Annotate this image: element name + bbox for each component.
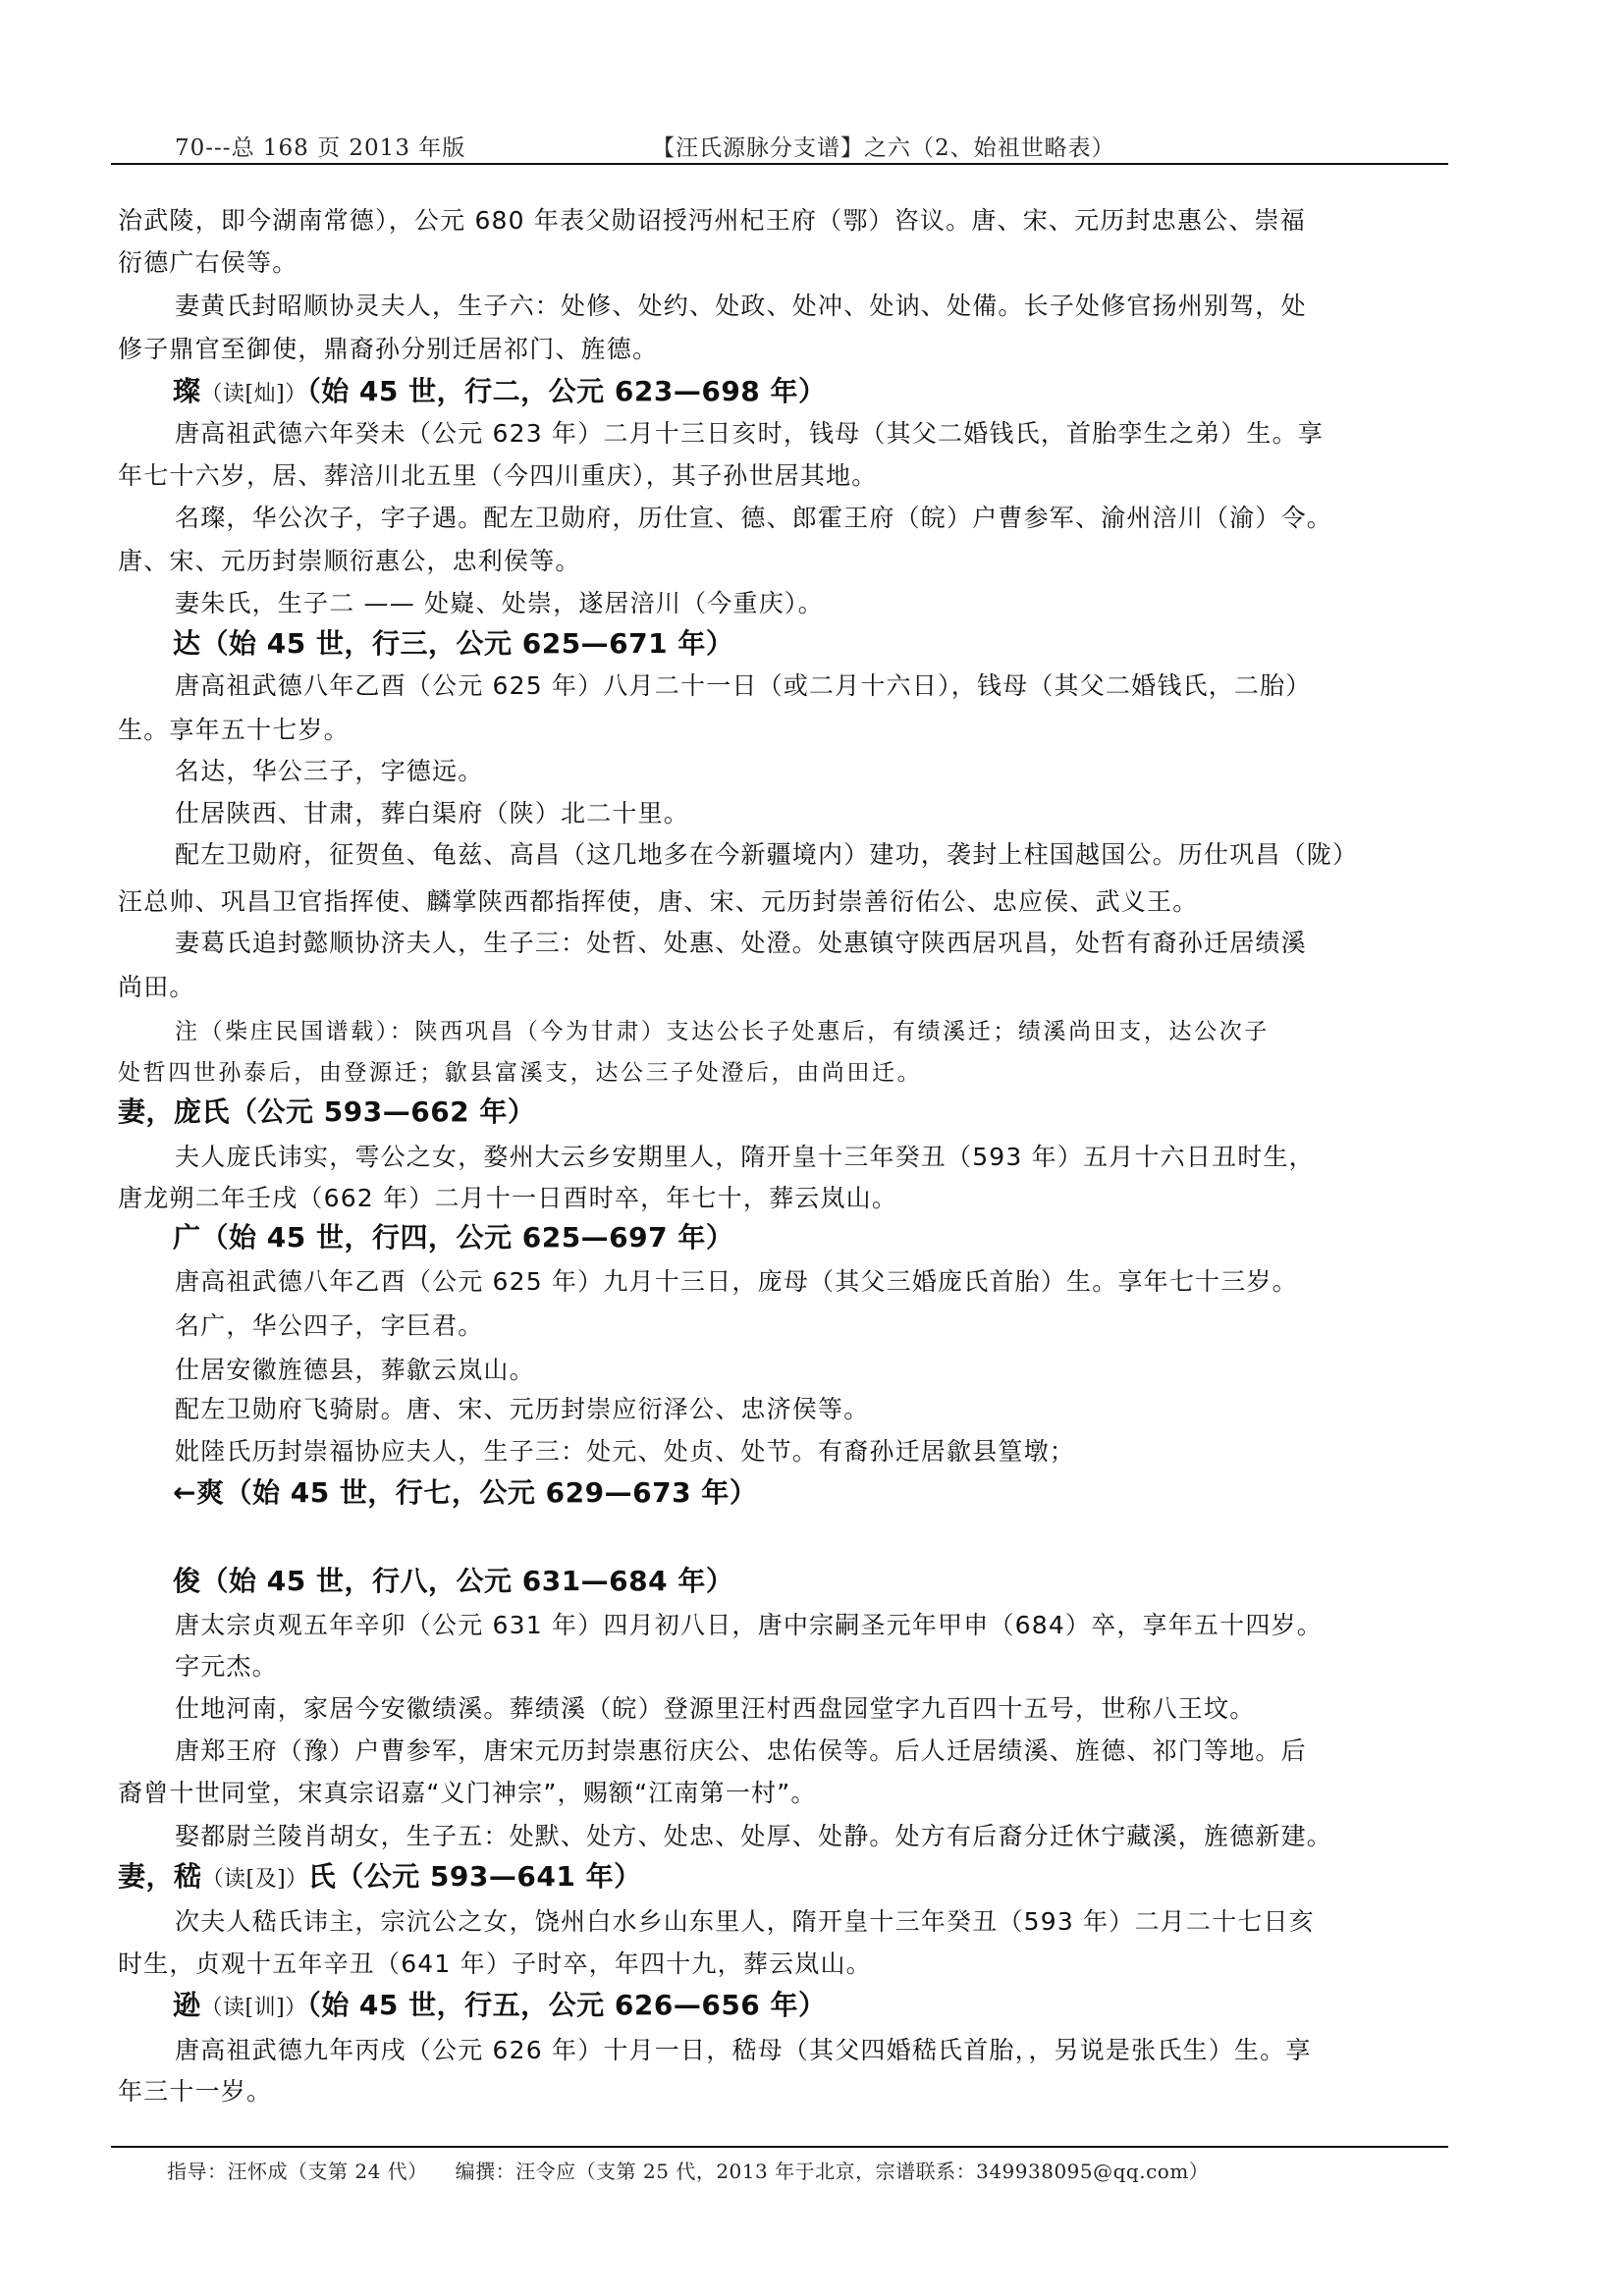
pronunciation-note: （读[训]） [201,1996,307,2020]
body-text-line: 唐高祖武德八年乙酉（公元 625 年）九月十三日，庞母（其父三婚庞氏首胎）生。享… [175,1267,1495,1297]
heading-dates: （始 45 世，行二，公元 623—698 年） [307,375,827,407]
heading-name: 璨 [173,375,201,407]
section-heading: 达（始 45 世，行三，公元 625—671 年） [173,629,1493,659]
body-text-line: 娶都尉兰陵肖胡女，生子五：处默、处方、处忠、处厚、处静。处方有后裔分迁休宁藏溪，… [175,1822,1495,1851]
body-text-line: 妻黄氏封昭顺协灵夫人，生子六：处修、处约、处政、处冲、处讷、处備。长子处修官扬州… [175,292,1495,321]
heading-name: 妻，庞氏 [118,1095,230,1128]
body-text-line: 衍德广右侯等。 [118,248,1438,278]
body-text-line: 唐太宗贞观五年辛卯（公元 631 年）四月初八日，唐中宗嗣圣元年甲申（684）卒… [175,1611,1495,1640]
heading-name: 妻，嵇 [118,1860,202,1893]
body-text-line: 妻朱氏，生子二 —— 处嶷、处崇，遂居涪川（今重庆）。 [175,589,1495,618]
heading-dates: （始 45 世，行七，公元 629—673 年） [224,1476,757,1509]
body-text-line: 唐郑王府（豫）户曹参军，唐宋元历封崇惠衍庆公、忠佑侯等。后人迁居绩溪、旌德、祁门… [175,1736,1495,1766]
body-text-line: 名达，华公三子，字德远。 [175,757,1495,786]
page-footer: 指导：汪怀成（支第 24 代）编撰：汪令应（支第 25 代，2013 年于北京，… [167,2156,1209,2184]
body-text-line: 裔曾十世同堂，宋真宗诏嘉“义门神宗”，赐额“江南第一村”。 [118,1779,1438,1808]
document-title-header: 【汪氏源脉分支谱】之六（2、始祖世略表） [652,130,1115,162]
annotation-line: 注（柴庄民国谱载）：陕西巩昌（今为甘肃）支达公长子处惠后，有绩溪迁；绩溪尚田支，… [175,1017,1495,1046]
body-text-line: 仕居安徽旌德县，葬歙云岚山。 [175,1356,1495,1385]
body-text-line: 年三十一岁。 [118,2077,1438,2107]
body-text-line: 名广，华公四子，字巨君。 [175,1311,1495,1341]
body-text-line: 仕居陕西、甘肃，葬白渠府（陕）北二十里。 [175,799,1495,828]
page-number-header: 70---总 168 页 2013 年版 [175,130,465,162]
section-heading: 广（始 45 世，行四，公元 625—697 年） [173,1223,1493,1253]
annotation-line: 处哲四世孙泰后，由登源迁；歙县富溪支，达公三子处澄后，由尚田迁。 [118,1058,1438,1088]
body-text-line: 次夫人嵇氏讳主，宗沆公之女，饶州白水乡山东里人，隋开皇十三年癸丑（593 年）二… [175,1907,1495,1937]
body-text-line: 配左卫勋府飞骑尉。唐、宋、元历封崇应衍泽公、忠济侯等。 [175,1395,1495,1424]
body-text-line: 夫人庞氏讳实，雩公之女，婺州大云乡安期里人，隋开皇十三年癸丑（593 年）五月十… [175,1143,1495,1172]
section-heading: 逊（读[训]）（始 45 世，行五，公元 626—656 年） [173,1991,1493,2020]
body-text-line: 唐高祖武德九年丙戌（公元 626 年）十月一日，嵇母（其父四婚嵇氏首胎，，另说是… [175,2036,1495,2065]
footer-divider [111,2146,1448,2148]
body-text-line: 名璨，华公次子，字子遇。配左卫勋府，历仕宣、德、郎霍王府（皖）户曹参军、渝州涪川… [175,504,1495,533]
body-text-line: 字元杰。 [175,1652,1495,1682]
footer-advisor: 指导：汪怀成（支第 24 代） [167,2160,428,2183]
section-heading: 妻，庞氏（公元 593—662 年） [118,1097,1438,1127]
heading-dates: （公元 593—662 年） [230,1095,535,1128]
body-text-line: 唐高祖武德六年癸未（公元 623 年）二月十三日亥时，钱母（其父二婚钱氏，首胎孪… [175,419,1495,449]
body-text-line: 年七十六岁，居、葬涪川北五里（今四川重庆），其子孙世居其地。 [118,461,1438,491]
body-text-line: 修子鼎官至御使，鼎裔孙分别迁居祁门、旌德。 [118,335,1438,364]
body-text-line: 治武陵，即今湖南常德），公元 680 年表父勋诏授沔州杞王府（鄂）咨议。唐、宋、… [118,206,1438,236]
heading-name: 广 [173,1221,201,1254]
heading-name: 俊 [173,1565,201,1597]
heading-name: ←爽 [173,1476,224,1509]
pronunciation-note: （读[灿]） [201,382,307,406]
section-heading: 璨（读[灿]）（始 45 世，行二，公元 623—698 年） [173,377,1493,406]
body-text-line: 配左卫勋府，征贺鱼、龟兹、高昌（这几地多在今新疆境内）建功，袭封上柱国越国公。历… [175,840,1495,870]
section-heading: 妻，嵇（读[及]）氏（公元 593—641 年） [118,1862,1438,1892]
heading-name: 达 [173,627,201,660]
body-text-line: 时生，贞观十五年辛丑（641 年）子时卒，年四十九，葬云岚山。 [118,1949,1438,1979]
heading-dates: （始 45 世，行三，公元 625—671 年） [201,627,734,660]
heading-name: 逊 [173,1989,201,2021]
heading-dates: （始 45 世，行五，公元 626—656 年） [307,1989,827,2021]
body-text-line: 汪总帅、巩昌卫官指挥使、麟掌陕西都指挥使，唐、宋、元历封崇善衍佑公、忠应侯、武义… [118,887,1438,917]
body-text-line: 唐、宋、元历封崇顺衍惠公，忠利侯等。 [118,547,1438,576]
heading-dates: 氏（公元 593—641 年） [308,1860,642,1893]
section-heading: 俊（始 45 世，行八，公元 631—684 年） [173,1567,1493,1596]
body-text-line: 唐高祖武德八年乙酉（公元 625 年）八月二十一日（或二月十六日），钱母（其父二… [175,671,1495,701]
heading-dates: （始 45 世，行八，公元 631—684 年） [201,1565,734,1597]
body-text-line: 妣陸氏历封崇福协应夫人，生子三：处元、处贞、处节。有裔孙迁居歙县篁墩； [175,1437,1495,1467]
body-text-line: 唐龙朔二年壬戌（662 年）二月十一日酉时卒，年七十，葬云岚山。 [118,1184,1438,1213]
body-text-line: 仕地河南，家居今安徽绩溪。葬绩溪（皖）登源里汪村西盘园堂字九百四十五号，世称八王… [175,1694,1495,1724]
body-text-line: 妻葛氏追封懿顺协济夫人，生子三：处哲、处惠、处澄。处惠镇守陕西居巩昌，处哲有裔孙… [175,929,1495,958]
section-heading: ←爽（始 45 世，行七，公元 629—673 年） [173,1478,1493,1508]
document-page: 70---总 168 页 2013 年版 【汪氏源脉分支谱】之六（2、始祖世略表… [0,0,1624,2296]
pronunciation-note: （读[及]） [202,1867,308,1892]
footer-editor: 编撰：汪令应（支第 25 代，2013 年于北京，宗谱联系：349938095@… [456,2160,1210,2183]
body-text-line: 尚田。 [118,973,1438,1002]
body-text-line: 生。享年五十七岁。 [118,716,1438,745]
header-divider [111,163,1448,165]
heading-dates: （始 45 世，行四，公元 625—697 年） [201,1221,734,1254]
